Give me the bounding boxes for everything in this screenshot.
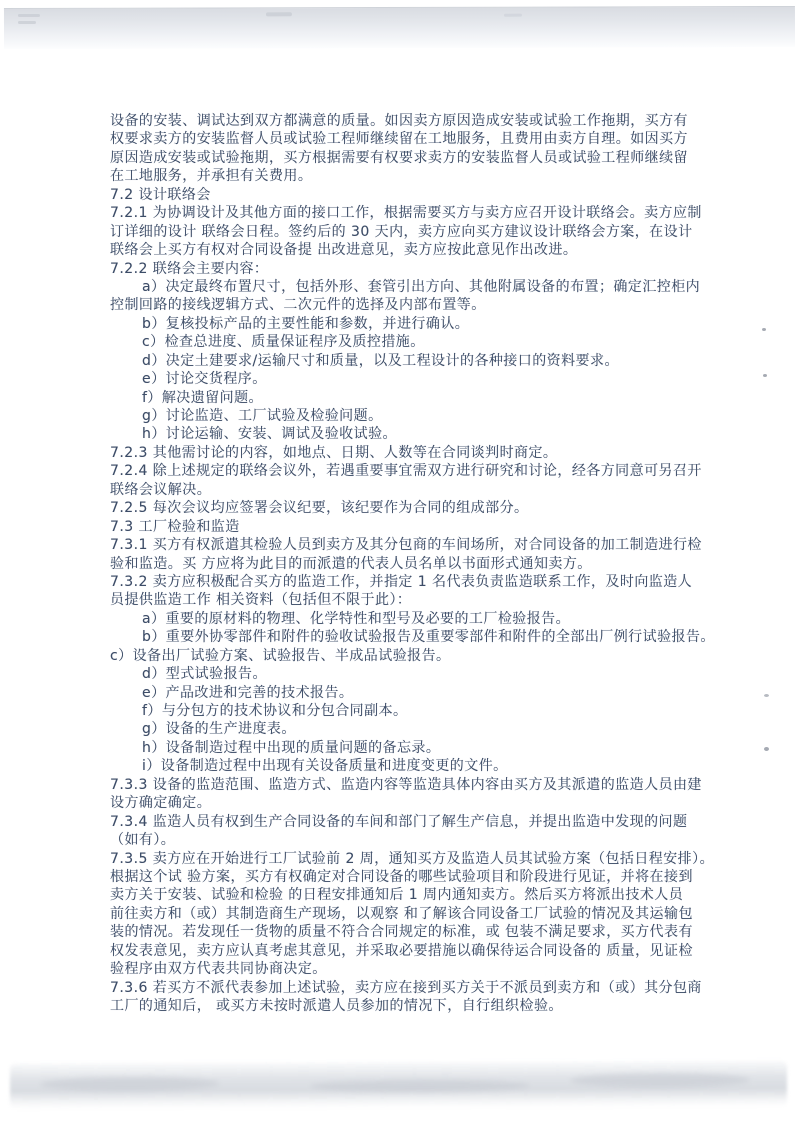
text-line: 员提供监造工作 相关资料（包括但不限于此）： <box>110 591 710 609</box>
scan-streak <box>18 21 36 24</box>
text-line: 7.3.4 监造人员有权到生产合同设备的车间和部门了解生产信息，并提出监造中发现… <box>110 813 710 831</box>
text-line: 7.2.2 联络会主要内容： <box>110 260 710 278</box>
text-line: a）重要的原材料的物理、化学特性和型号及必要的工厂检验报告。 <box>110 610 710 628</box>
text-line: f）与分包方的技术协议和分包合同副本。 <box>110 702 710 720</box>
text-line: 验和监造。买 方应将为此目的而派遣的代表人员名单以书面形式通知卖方。 <box>110 555 710 573</box>
text-line: 7.2.5 每次会议均应签署会议纪要，该纪要作为合同的组成部分。 <box>110 499 710 517</box>
scan-speck <box>763 374 767 377</box>
text-line: 设方确定确定。 <box>110 794 710 812</box>
text-line: 7.3.1 买方有权派遣其检验人员到卖方及其分包商的车间场所，对合同设备的加工制… <box>110 536 710 554</box>
text-line: 7.2.1 为协调设计及其他方面的接口工作，根据需要买方与卖方应召开设计联络会。… <box>110 204 710 222</box>
text-line: 前往卖方和（或）其制造商生产现场，以观察 和了解该合同设备工厂试验的情况及其运输… <box>110 905 710 923</box>
scan-blotch <box>310 1080 530 1093</box>
text-line: e）产品改进和完善的技术报告。 <box>110 684 710 702</box>
text-line: 7.2.3 其他需讨论的内容，如地点、日期、人数等在合同谈判时商定。 <box>110 444 710 462</box>
text-line: i）设备制造过程中出现有关设备质量和进度变更的文件。 <box>110 757 710 775</box>
text-line: 原因造成安装或试验拖期，买方根据需要有权要求卖方的安装监督人员或试验工程师继续留 <box>110 149 710 167</box>
text-line: b）复核投标产品的主要性能和参数，并进行确认。 <box>110 315 710 333</box>
text-line: 卖方关于安装、试验和检验 的日程安排通知后 1 周内通知卖方。然后买方将派出技术… <box>110 886 710 904</box>
scan-blotch <box>40 1077 220 1092</box>
text-line: 工厂的通知后， 或买方未按时派遣人员参加的情况下，自行组织检验。 <box>110 997 710 1015</box>
text-line: f）解决遗留问题。 <box>110 389 710 407</box>
text-line: 根据这个试 验方案，买方有权确定对合同设备的哪些试验项目和阶段进行见证，并将在接… <box>110 868 710 886</box>
scan-speck <box>762 328 766 331</box>
text-line: c）检查总进度、质量保证程序及质控措施。 <box>110 333 710 351</box>
scanned-document-page: 设备的安装、调试达到双方都满意的质量。如因卖方原因造成安装或试验工作拖期，买方有… <box>0 0 795 1123</box>
text-line: 联络会上买方有权对合同设备提 出改进意见，卖方应按此意见作出改进。 <box>110 241 710 259</box>
text-line: 7.3.2 卖方应积极配合买方的监造工作，并指定 1 名代表负责监造联系工作，及… <box>110 573 710 591</box>
scan-speck <box>764 747 769 751</box>
scan-speck <box>764 694 769 697</box>
text-line: e）讨论交货程序。 <box>110 370 710 388</box>
text-line: 控制回路的接线逻辑方式、二次元件的选择及内部布置等。 <box>110 296 710 314</box>
text-line: 权发表意见，卖方应认真考虑其意见，并采取必要措施以确保待运合同设备的 质量，见证… <box>110 942 710 960</box>
text-line: g）设备的生产进度表。 <box>110 720 710 738</box>
text-line: c）设备出厂试验方案、试验报告、半成品试验报告。 <box>110 647 710 665</box>
text-line: （如有）。 <box>110 831 710 849</box>
document-text: 设备的安装、调试达到双方都满意的质量。如因卖方原因造成安装或试验工作拖期，买方有… <box>110 112 710 1015</box>
scan-streak <box>18 14 40 17</box>
scan-blotch <box>570 1073 750 1088</box>
text-line: h）讨论运输、安装、调试及验收试验。 <box>110 425 710 443</box>
scan-streak <box>266 12 292 16</box>
text-line: 订详细的设计 联络会日程。签约后的 30 天内，卖方应向买方建议设计联络会方案，… <box>110 223 710 241</box>
text-line: 在工地服务，并承担有关费用。 <box>110 167 710 185</box>
text-line: 7.2.4 除上述规定的联络会议外，若遇重要事宜需双方进行研究和讨论，经各方同意… <box>110 462 710 480</box>
text-line: d）型式试验报告。 <box>110 665 710 683</box>
scan-shadow-top <box>4 6 795 49</box>
text-line: 验程序由双方代表共同协商决定。 <box>110 960 710 978</box>
text-line: 7.3.3 设备的监造范围、监造方式、监造内容等监造具体内容由买方及其派遣的监造… <box>110 776 710 794</box>
text-line: 权要求卖方的安装监督人员或试验工程师继续留在工地服务，且费用由卖方自理。如因买方 <box>110 130 710 148</box>
text-line: b）重要外协零部件和附件的验收试验报告及重要零部件和附件的全部出厂例行试验报告。 <box>110 628 710 646</box>
text-line: h）设备制造过程中出现的质量问题的备忘录。 <box>110 739 710 757</box>
scan-shadow-bottom <box>10 1061 787 1110</box>
text-line: 7.2 设计联络会 <box>110 186 710 204</box>
text-line: 联络会议解决。 <box>110 481 710 499</box>
text-line: 7.3.5 卖方应在开始进行工厂试验前 2 周，通知买方及监造人员其试验方案（包… <box>110 850 710 868</box>
text-line: g）讨论监造、工厂试验及检验问题。 <box>110 407 710 425</box>
text-line: d）决定土建要求/运输尺寸和质量，以及工程设计的各种接口的资料要求。 <box>110 352 710 370</box>
text-line: 7.3.6 若买方不派代表参加上述试验，卖方应在接到买方关于不派员到卖方和（或）… <box>110 979 710 997</box>
text-line: 装的情况。若发现任一货物的质量不符合合同规定的标准，或 包装不满足要求，买方代表… <box>110 923 710 941</box>
text-line: 7.3 工厂检验和监造 <box>110 518 710 536</box>
text-line: a）决定最终布置尺寸，包括外形、套管引出方向、其他附属设备的布置；确定汇控柜内 <box>110 278 710 296</box>
scan-streak <box>504 14 522 17</box>
text-line: 设备的安装、调试达到双方都满意的质量。如因卖方原因造成安装或试验工作拖期，买方有 <box>110 112 710 130</box>
